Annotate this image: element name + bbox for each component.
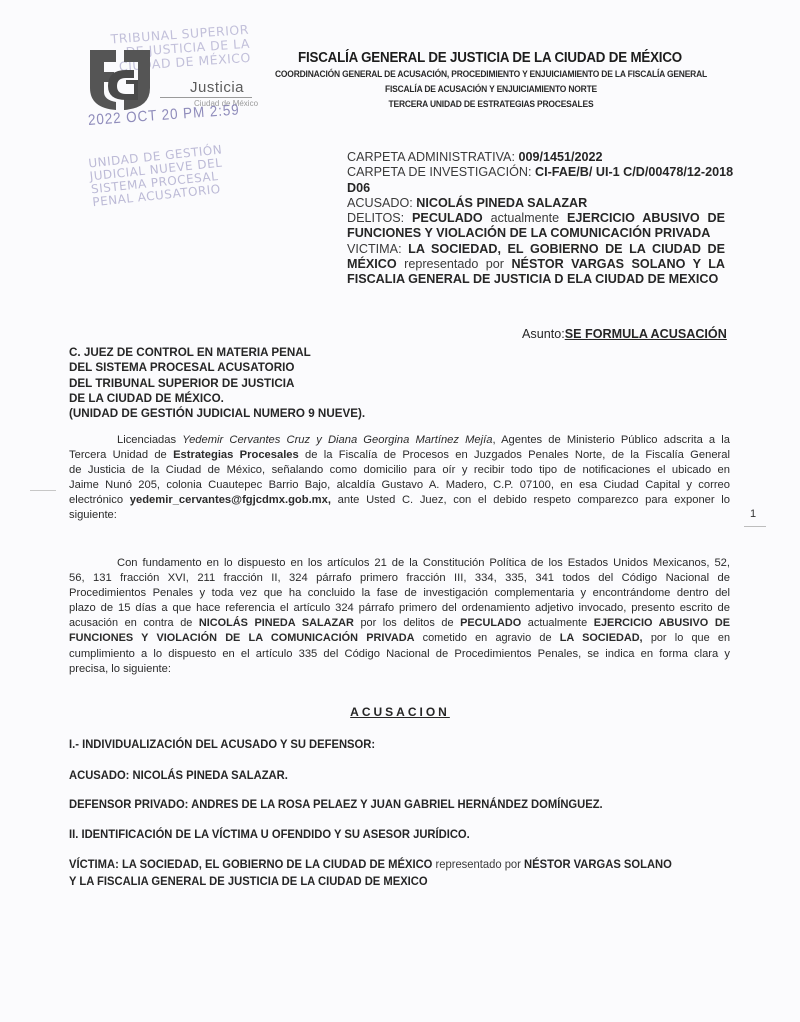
header-line: FISCALÍA DE ACUSACIÓN Y ENJUICIAMIENTO N… [267,84,714,94]
fgj-shield-logo-icon [86,48,154,112]
intro-paragraph: Licenciadas Yedemir Cervantes Cruz y Dia… [69,433,730,524]
victima-line-cont: Y LA FISCALIA GENERAL DE JUSTICIA DE LA … [69,874,428,888]
logo-name: Justicia [190,79,244,96]
margin-mark [30,490,56,491]
para-line: Con fundamento en lo dispuesto en los ar… [69,556,730,571]
document-page: TRIBUNAL SUPERIOR DE JUSTICIA DE LA CIUD… [0,0,800,1022]
para-line: 56, 131 fracción XVI, 211 fracción II, 3… [69,571,730,586]
acusado: ACUSADO: NICOLÁS PINEDA SALAZAR [347,196,725,211]
carpeta-investigacion-cont: D06 [347,181,725,196]
para-line: FUNCIONES Y VIOLACIÓN DE LA COMUNICACIÓN… [69,631,730,646]
victima-cont: MÉXICO representado por NÉSTOR VARGAS SO… [347,257,725,272]
logo-divider [160,97,252,98]
para-line: siguiente: [69,508,730,523]
victima-cont-2: FISCALIA GENERAL DE JUSTICIA D ELA CIUDA… [347,272,725,287]
para-line: acusación en contra de NICOLÁS PINEDA SA… [69,616,730,631]
email-address: yedemir_cervantes@fgjcdmx.gob.mx, [130,494,331,506]
para-line: Tercera Unidad de Estrategias Procesales… [69,448,730,463]
acusado-line: ACUSADO: NICOLÁS PINEDA SALAZAR. [69,768,288,782]
asunto: Asunto:SE FORMULA ACUSACIÓN [522,327,727,341]
section-ii-heading: II. IDENTIFICACIÓN DE LA VÍCTIMA U OFEND… [69,827,470,841]
unit-stamp: UNIDAD DE GESTIÓN JUDICIAL NUEVE DEL SIS… [88,139,272,210]
carpeta-administrativa: CARPETA ADMINISTRATIVA: 009/1451/2022 [347,150,725,165]
victima: VICTIMA: LA SOCIEDAD, EL GOBIERNO DE LA … [347,242,725,257]
addressee-block: C. JUEZ DE CONTROL EN MATERIA PENAL DEL … [69,345,365,421]
header-title: FISCALÍA GENERAL DE JUSTICIA DE LA CIUDA… [269,50,711,66]
carpeta-investigacion: CARPETA DE INVESTIGACIÓN: CI-FAE/B/ UI-1… [347,165,725,180]
para-line: Procedimientos Penales y toda vez que ha… [69,586,730,601]
para-line: precisa, lo siguiente: [69,662,730,677]
para-line: de Justicia de la Ciudad de México, seña… [69,463,730,478]
addressee-line: DEL SISTEMA PROCESAL ACUSATORIO [69,360,365,375]
addressee-line: DE LA CIUDAD DE MÉXICO. [69,391,365,406]
addressee-line: (UNIDAD DE GESTIÓN JUDICIAL NUMERO 9 NUE… [69,406,365,421]
grounds-paragraph: Con fundamento en lo dispuesto en los ar… [69,556,730,677]
defensor-line: DEFENSOR PRIVADO: ANDRES DE LA ROSA PELA… [69,797,603,811]
header-line: COORDINACIÓN GENERAL DE ACUSACIÓN, PROCE… [267,69,714,79]
page-number: 1 [750,508,756,520]
asunto-value: SE FORMULA ACUSACIÓN [565,327,727,341]
addressee-line: C. JUEZ DE CONTROL EN MATERIA PENAL [69,345,365,360]
case-info-block: CARPETA ADMINISTRATIVA: 009/1451/2022 CA… [347,150,725,288]
delitos-cont: FUNCIONES Y VIOLACIÓN DE LA COMUNICACIÓN… [347,226,725,241]
page-number-underline [744,526,766,527]
para-line: electrónico yedemir_cervantes@fgjcdmx.go… [69,493,730,508]
para-line: cumplimiento a lo dispuesto en el artícu… [69,647,730,662]
para-line: plazo de 15 días a que hace referencia e… [69,601,730,616]
para-line: Licenciadas Yedemir Cervantes Cruz y Dia… [69,433,730,448]
section-i-heading: I.- INDIVIDUALIZACIÓN DEL ACUSADO Y SU D… [69,737,375,751]
addressee-line: DEL TRIBUNAL SUPERIOR DE JUSTICIA [69,376,365,391]
asunto-label: Asunto: [522,327,565,341]
delitos: DELITOS: PECULADO actualmente EJERCICIO … [347,211,725,226]
section-title: ACUSACION [0,705,800,719]
header-line: TERCERA UNIDAD DE ESTRATEGIAS PROCESALES [267,99,714,109]
para-line: Jaime Nunó 205, colonia Cuautepec Barrio… [69,478,730,493]
victima-line: VÍCTIMA: LA SOCIEDAD, EL GOBIERNO DE LA … [69,857,672,871]
